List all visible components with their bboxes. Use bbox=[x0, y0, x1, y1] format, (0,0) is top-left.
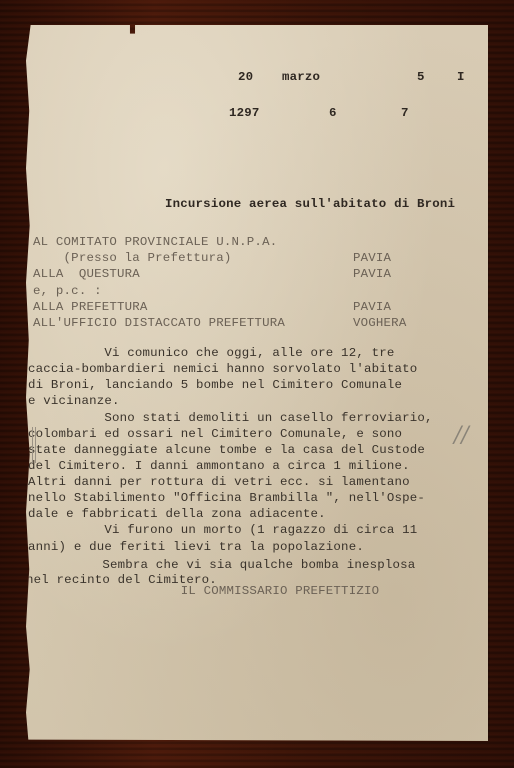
recipient-name: ALLA QUESTURA bbox=[33, 267, 140, 281]
recipient-name: e, p.c. : bbox=[33, 284, 102, 298]
body-line: e vicinanze. bbox=[28, 394, 120, 408]
header-number-a: 5 bbox=[417, 70, 425, 84]
signature-line: IL COMMISSARIO PREFETTIZIO bbox=[28, 584, 379, 598]
body-line: nello Stabilimento "Officina Brambilla "… bbox=[28, 491, 425, 505]
recipient-name: ALLA PREFETTURA bbox=[33, 300, 148, 314]
body-line: caccia-bombardieri nemici hanno sorvolat… bbox=[28, 362, 417, 376]
recipient-name: AL COMITATO PROVINCIALE U.N.P.A. bbox=[33, 235, 277, 249]
body-line: Vi furono un morto (1 ragazzo di circa 1… bbox=[28, 523, 417, 537]
body-line: di Broni, lanciando 5 bombe nel Cimitero… bbox=[28, 378, 402, 392]
margin-mark bbox=[32, 427, 36, 463]
pencil-annotation: // bbox=[454, 423, 469, 448]
body-line: Altri danni per rottura di vetri ecc. si… bbox=[28, 475, 410, 489]
subject-line: Incursione aerea sull'abitato di Broni bbox=[165, 197, 455, 211]
body-line: state danneggiate alcune tombe e la casa… bbox=[28, 443, 425, 457]
header-month: marzo bbox=[282, 70, 320, 84]
header-number-b: I bbox=[457, 70, 465, 84]
recipient-city: VOGHERA bbox=[353, 316, 406, 330]
body-line: dale e fabbricati della zona adiacente. bbox=[28, 507, 326, 521]
document-page: 20 marzo 5 I 1297 6 7 Incursione aerea s… bbox=[26, 25, 488, 741]
body-line: colombari ed ossari nel Cimitero Comunal… bbox=[28, 427, 402, 441]
body-line: Vi comunico che oggi, alle ore 12, tre bbox=[28, 346, 395, 360]
protocol-number: 1297 bbox=[229, 106, 260, 120]
recipient-city: PAVIA bbox=[353, 300, 391, 314]
recipient-city: PAVIA bbox=[353, 251, 391, 265]
body-line: Sembra che vi sia qualche bomba inesplos… bbox=[26, 558, 415, 572]
header-number-c: 6 bbox=[329, 106, 337, 120]
body-line: del Cimitero. I danni ammontano a circa … bbox=[28, 459, 410, 473]
body-line: anni) e due feriti lievi tra la popolazi… bbox=[28, 540, 364, 554]
recipient-city: PAVIA bbox=[353, 267, 391, 281]
recipient-name: ALL'UFFICIO DISTACCATO PREFETTURA bbox=[33, 316, 285, 330]
recipient-name: (Presso la Prefettura) bbox=[33, 251, 232, 265]
header-number-d: 7 bbox=[401, 106, 409, 120]
header-day: 20 bbox=[238, 70, 253, 84]
body-line: Sono stati demoliti un casello ferroviar… bbox=[28, 411, 433, 425]
